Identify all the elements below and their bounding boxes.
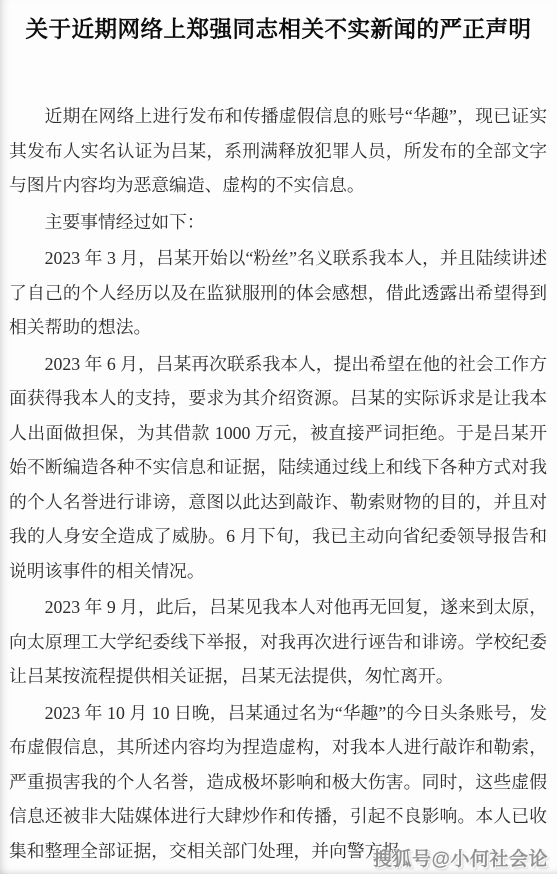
sohu-account-watermark: 搜狐号@小何社会论: [373, 844, 548, 871]
paragraph-intro: 近期在网络上进行发布和传播虚假信息的账号“华趣”，现已证实其发布人实名认证为吕某…: [9, 99, 547, 203]
document-body: 近期在网络上进行发布和传播虚假信息的账号“华趣”，现已证实其发布人实名认证为吕某…: [9, 99, 547, 868]
paragraph-october-2023: 2023 年 10 月 10 日晚，吕某通过名为“华趣”的今日头条账号，发布虚假…: [9, 696, 547, 869]
statement-document-page: 关于近期网络上郑强同志相关不实新闻的严正声明 近期在网络上进行发布和传播虚假信息…: [0, 0, 557, 874]
document-title: 关于近期网络上郑强同志相关不实新闻的严正声明: [20, 14, 537, 46]
paragraph-lead-in: 主要事情经过如下：: [9, 205, 547, 240]
paragraph-june-2023: 2023 年 6 月，吕某再次联系我本人，提出希望在他的社会工作方面获得我本人的…: [9, 347, 547, 589]
paragraph-march-2023: 2023 年 3 月，吕某开始以“粉丝”名义联系我本人，并且陆续讲述了自己的个人…: [9, 241, 547, 345]
paragraph-september-2023: 2023 年 9 月，此后，吕某见我本人对他再无回复，遂来到太原，向太原理工大学…: [9, 590, 547, 694]
